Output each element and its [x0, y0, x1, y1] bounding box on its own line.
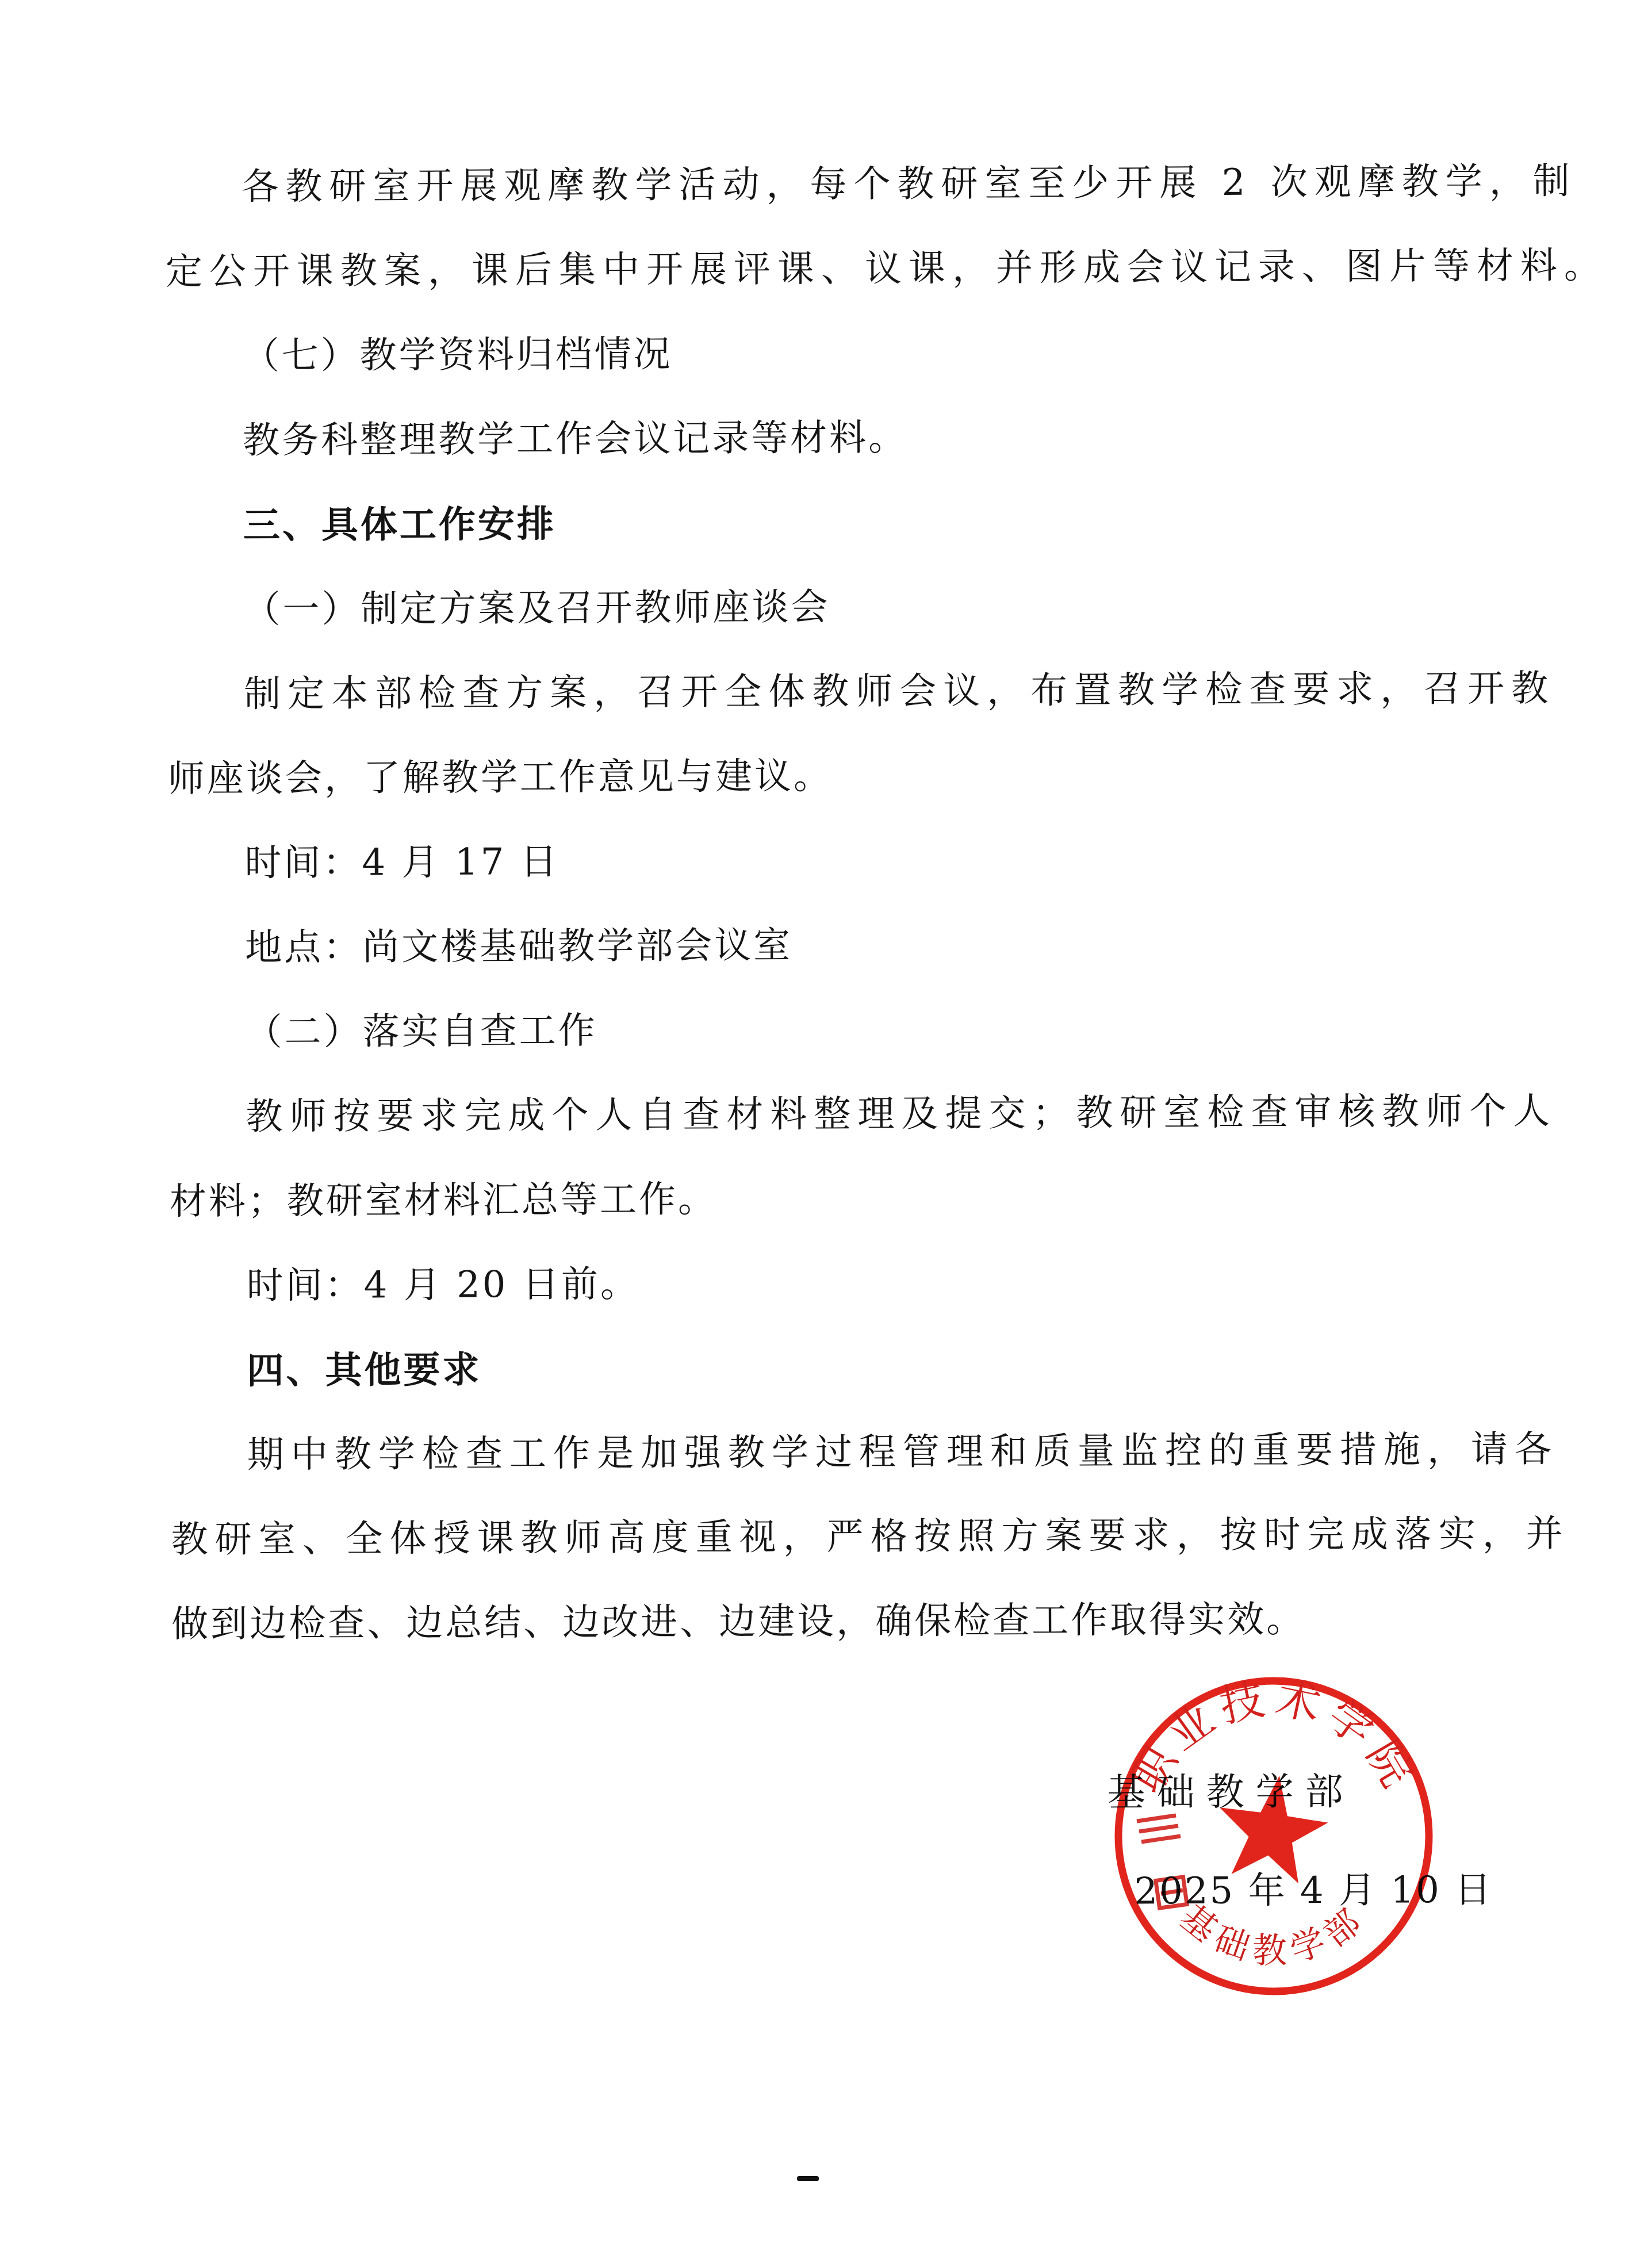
seal-partial-obscured-strokes	[1137, 1815, 1187, 1908]
seal-top-arc-text: 职业技术学院	[1121, 1672, 1427, 1801]
document-page: 各教研室开展观摩教学活动，每个教研室至少开展 2 次观摩教学，制 定公开课教案，…	[0, 0, 1644, 2268]
seal-star-icon	[1220, 1776, 1328, 1883]
seal-bottom-arc-text: 基础教学部	[1173, 1897, 1375, 1971]
official-seal: 职业技术学院 基础教学部	[1101, 1665, 1446, 2010]
page-number-dash	[797, 2176, 819, 2181]
